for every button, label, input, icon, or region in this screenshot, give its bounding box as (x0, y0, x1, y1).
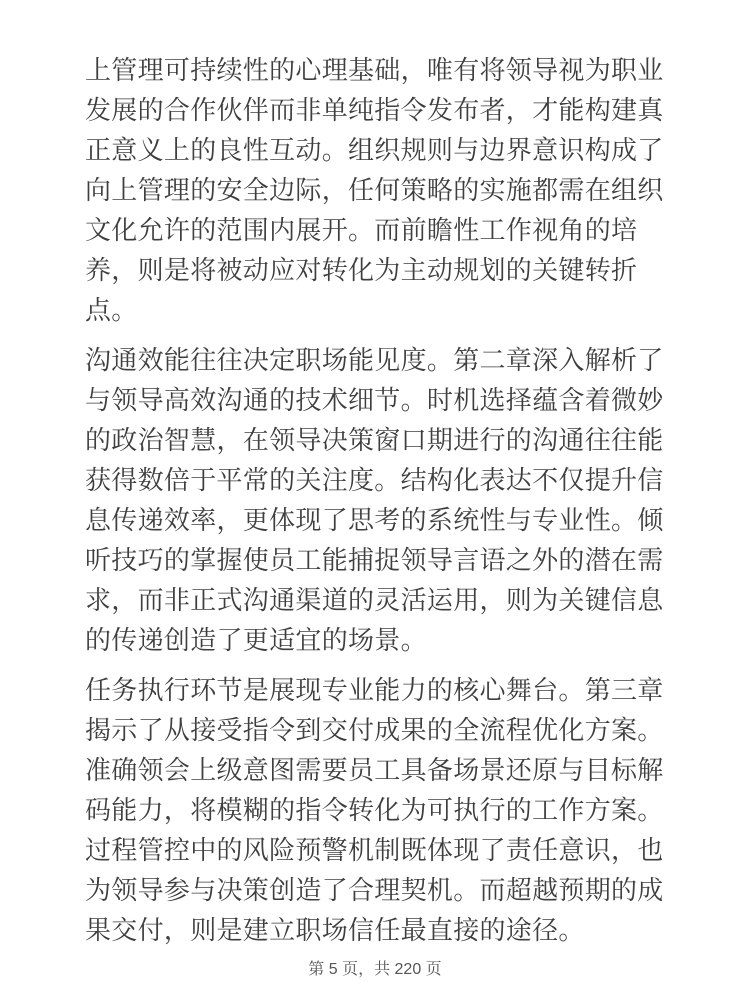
paragraph-2: 沟通效能往往决定职场能见度。第二章深入解析了与领导高效沟通的技术细节。时机选择蕴… (85, 340, 665, 660)
page-footer: 第 5 页，共 220 页 (0, 960, 750, 980)
paragraph-3: 任务执行环节是展现专业能力的核心舞台。第三章揭示了从接受指令到交付成果的全流程优… (85, 670, 665, 950)
page-indicator: 第 5 页，共 220 页 (308, 961, 441, 978)
page-content: 上管理可持续性的心理基础，唯有将领导视为职业发展的合作伙伴而非单纯指令发布者，才… (85, 50, 665, 950)
document-page: 上管理可持续性的心理基础，唯有将领导视为职业发展的合作伙伴而非单纯指令发布者，才… (0, 0, 750, 1000)
paragraph-1: 上管理可持续性的心理基础，唯有将领导视为职业发展的合作伙伴而非单纯指令发布者，才… (85, 50, 665, 330)
